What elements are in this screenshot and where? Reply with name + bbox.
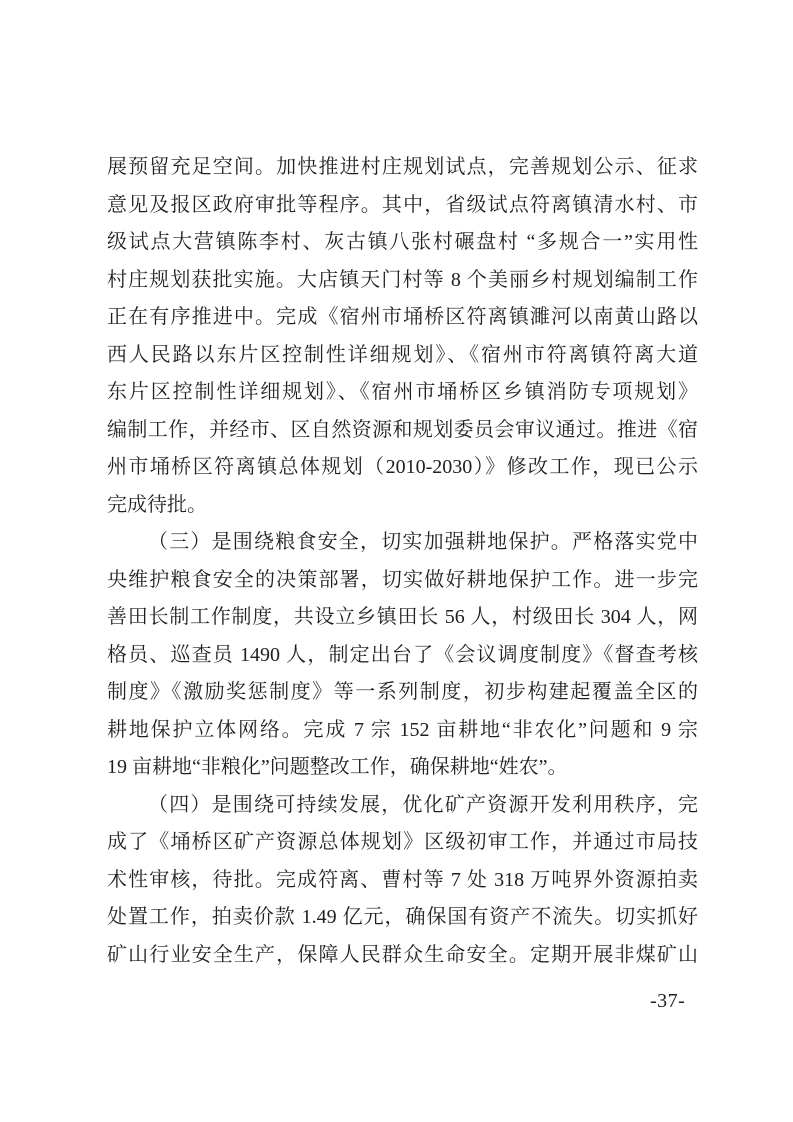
paragraph: （三）是围绕粮食安全，切实加强耕地保护。严格落实党中 央维护粮食安全的决策部署，… bbox=[107, 524, 698, 787]
text-line: 展预留充足空间。加快推进村庄规划试点，完善规划公示、征求 bbox=[107, 149, 698, 187]
text-line: 制度》《激励奖惩制度》等一系列制度，初步构建起覆盖全区的 bbox=[107, 674, 698, 712]
text-line: 术性审核，待批。完成符离、曹村等 7 处 318 万吨界外资源拍卖 bbox=[107, 862, 698, 900]
text-line: 成了《埇桥区矿产资源总体规划》区级初审工作，并通过市局技 bbox=[107, 824, 698, 862]
text-line: 19 亩耕地“非粮化”问题整改工作，确保耕地“姓农”。 bbox=[107, 749, 698, 787]
text-line: 矿山行业安全生产，保障人民群众生命安全。定期开展非煤矿山 bbox=[107, 937, 698, 975]
text-line: 州市埇桥区符离镇总体规划（2010-2030）》修改工作，现已公示 bbox=[107, 449, 698, 487]
document-body: 展预留充足空间。加快推进村庄规划试点，完善规划公示、征求 意见及报区政府审批等程… bbox=[107, 149, 698, 974]
page-number: -37- bbox=[650, 989, 685, 1013]
text-line: 级试点大营镇陈李村、灰古镇八张村碾盘村 “多规合一”实用性 bbox=[107, 224, 698, 262]
text-line: 格员、巡查员 1490 人，制定出台了《会议调度制度》《督查考核 bbox=[107, 637, 698, 675]
paragraph: （四）是围绕可持续发展，优化矿产资源开发利用秩序，完 成了《埇桥区矿产资源总体规… bbox=[107, 787, 698, 975]
text-line: 村庄规划获批实施。大店镇天门村等 8 个美丽乡村规划编制工作 bbox=[107, 262, 698, 300]
text-line: 耕地保护立体网络。完成 7 宗 152 亩耕地“非农化”问题和 9 宗 bbox=[107, 712, 698, 750]
text-line: 处置工作，拍卖价款 1.49 亿元，确保国有资产不流失。切实抓好 bbox=[107, 899, 698, 937]
paragraph: 展预留充足空间。加快推进村庄规划试点，完善规划公示、征求 意见及报区政府审批等程… bbox=[107, 149, 698, 524]
document-page: 展预留充足空间。加快推进村庄规划试点，完善规划公示、征求 意见及报区政府审批等程… bbox=[0, 0, 793, 1122]
text-line: 完成待批。 bbox=[107, 487, 698, 525]
text-line: 央维护粮食安全的决策部署，切实做好耕地保护工作。进一步完 bbox=[107, 562, 698, 600]
text-line: 正在有序推进中。完成《宿州市埇桥区符离镇濉河以南黄山路以 bbox=[107, 299, 698, 337]
text-line: 善田长制工作制度，共设立乡镇田长 56 人，村级田长 304 人，网 bbox=[107, 599, 698, 637]
text-line: 西人民路以东片区控制性详细规划》、《宿州市符离镇符离大道 bbox=[107, 337, 698, 375]
text-line: （三）是围绕粮食安全，切实加强耕地保护。严格落实党中 bbox=[107, 524, 698, 562]
text-line: 意见及报区政府审批等程序。其中，省级试点符离镇清水村、市 bbox=[107, 187, 698, 225]
text-line: 编制工作，并经市、区自然资源和规划委员会审议通过。推进《宿 bbox=[107, 412, 698, 450]
text-line: （四）是围绕可持续发展，优化矿产资源开发利用秩序，完 bbox=[107, 787, 698, 825]
text-line: 东片区控制性详细规划》、《宿州市埇桥区乡镇消防专项规划》 bbox=[107, 374, 698, 412]
